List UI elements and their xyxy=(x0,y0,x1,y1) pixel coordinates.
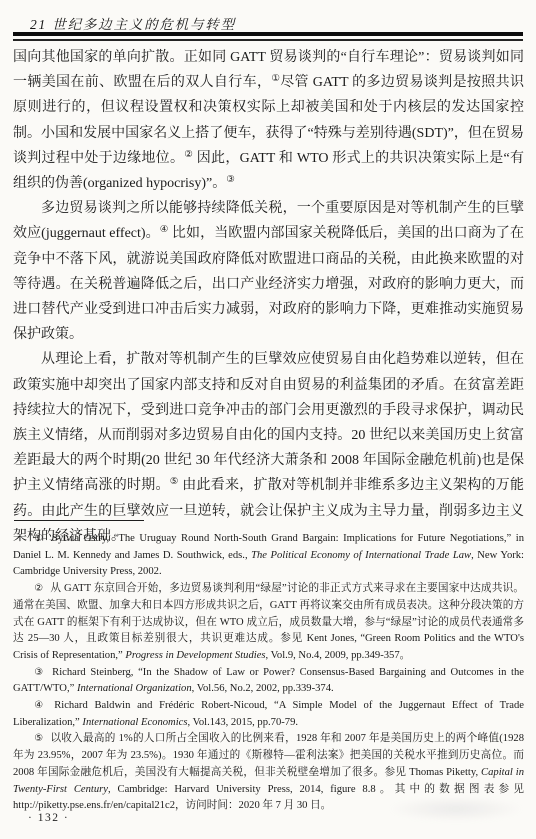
footnotes-section: ①Sylvia Ostry, “The Uruguay Round North-… xyxy=(13,531,524,815)
document-page: 21 世纪多边主义的危机与转型 国向其他国家的单向扩散。正如同 GATT 贸易谈… xyxy=(0,0,536,839)
body-paragraph: 国向其他国家的单向扩散。正如同 GATT 贸易谈判的“自行车理论”：贸易谈判如同… xyxy=(13,45,524,196)
footnote-marker: ② xyxy=(34,583,43,594)
footnote-item: ⑤以收入最高的 1%的人口所占全国收入的比例来看，1928 年和 2007 年是… xyxy=(13,731,524,815)
footnote-marker: ③ xyxy=(34,667,45,678)
footnote-marker: ① xyxy=(34,533,45,544)
text-run: The Political Economy of International T… xyxy=(251,550,471,561)
footnote-item: ④Richard Baldwin and Frédéric Robert-Nic… xyxy=(13,698,524,731)
text-run: 从理论上看，扩散对等机制产生的巨擘效应使贸易自由化趋势难以逆转，但在政策实施中却… xyxy=(13,352,524,493)
text-run: , Vol.9, No.4, 2009, pp.349-357。 xyxy=(266,650,411,661)
footnote-ref: ⑤ xyxy=(170,476,179,487)
footnote-ref: ③ xyxy=(226,174,235,185)
text-run: 比如，当欧盟内部国家关税降低后，美国的出口商为了在竞争中不落下风，就游说美国政府… xyxy=(13,226,524,342)
text-run: , Vol.143, 2015, pp.70-79. xyxy=(187,717,298,728)
footnote-separator xyxy=(14,520,144,521)
text-run: Progress in Development Studies xyxy=(125,650,265,661)
footnote-ref: ② xyxy=(184,149,193,160)
footnote-item: ①Sylvia Ostry, “The Uruguay Round North-… xyxy=(13,531,524,581)
running-header-title: 21 世纪多边主义的危机与转型 xyxy=(30,17,236,32)
footnote-marker: ⑤ xyxy=(34,733,43,744)
page-number: · 132 · xyxy=(28,812,69,824)
header-rule xyxy=(13,32,523,41)
body-paragraph: 多边贸易谈判之所以能够持续降低关税，一个重要原因是对等机制产生的巨擘效应(jug… xyxy=(13,196,524,347)
text-run: 以收入最高的 1%的人口所占全国收入的比例来看，1928 年和 2007 年是美… xyxy=(13,733,524,777)
footnote-marker: ④ xyxy=(34,700,47,711)
footnote-item: ③Richard Steinberg, “In the Shadow of La… xyxy=(13,665,524,698)
text-run: International Economics xyxy=(82,717,187,728)
footnote-item: ②从 GATT 东京回合开始，多边贸易谈判利用“绿屋”讨论的非正式方式来寻求在主… xyxy=(13,581,524,665)
body-paragraph: 从理论上看，扩散对等机制产生的巨擘效应使贸易自由化趋势难以逆转，但在政策实施中却… xyxy=(13,347,524,549)
body-text: 国向其他国家的单向扩散。正如同 GATT 贸易谈判的“自行车理论”：贸易谈判如同… xyxy=(13,45,524,549)
text-run: International Organization xyxy=(77,683,192,694)
footnote-ref: ① xyxy=(271,73,280,84)
running-header: 21 世纪多边主义的危机与转型 xyxy=(30,13,236,33)
text-run: , Vol.56, No.2, 2002, pp.339-374. xyxy=(192,683,334,694)
